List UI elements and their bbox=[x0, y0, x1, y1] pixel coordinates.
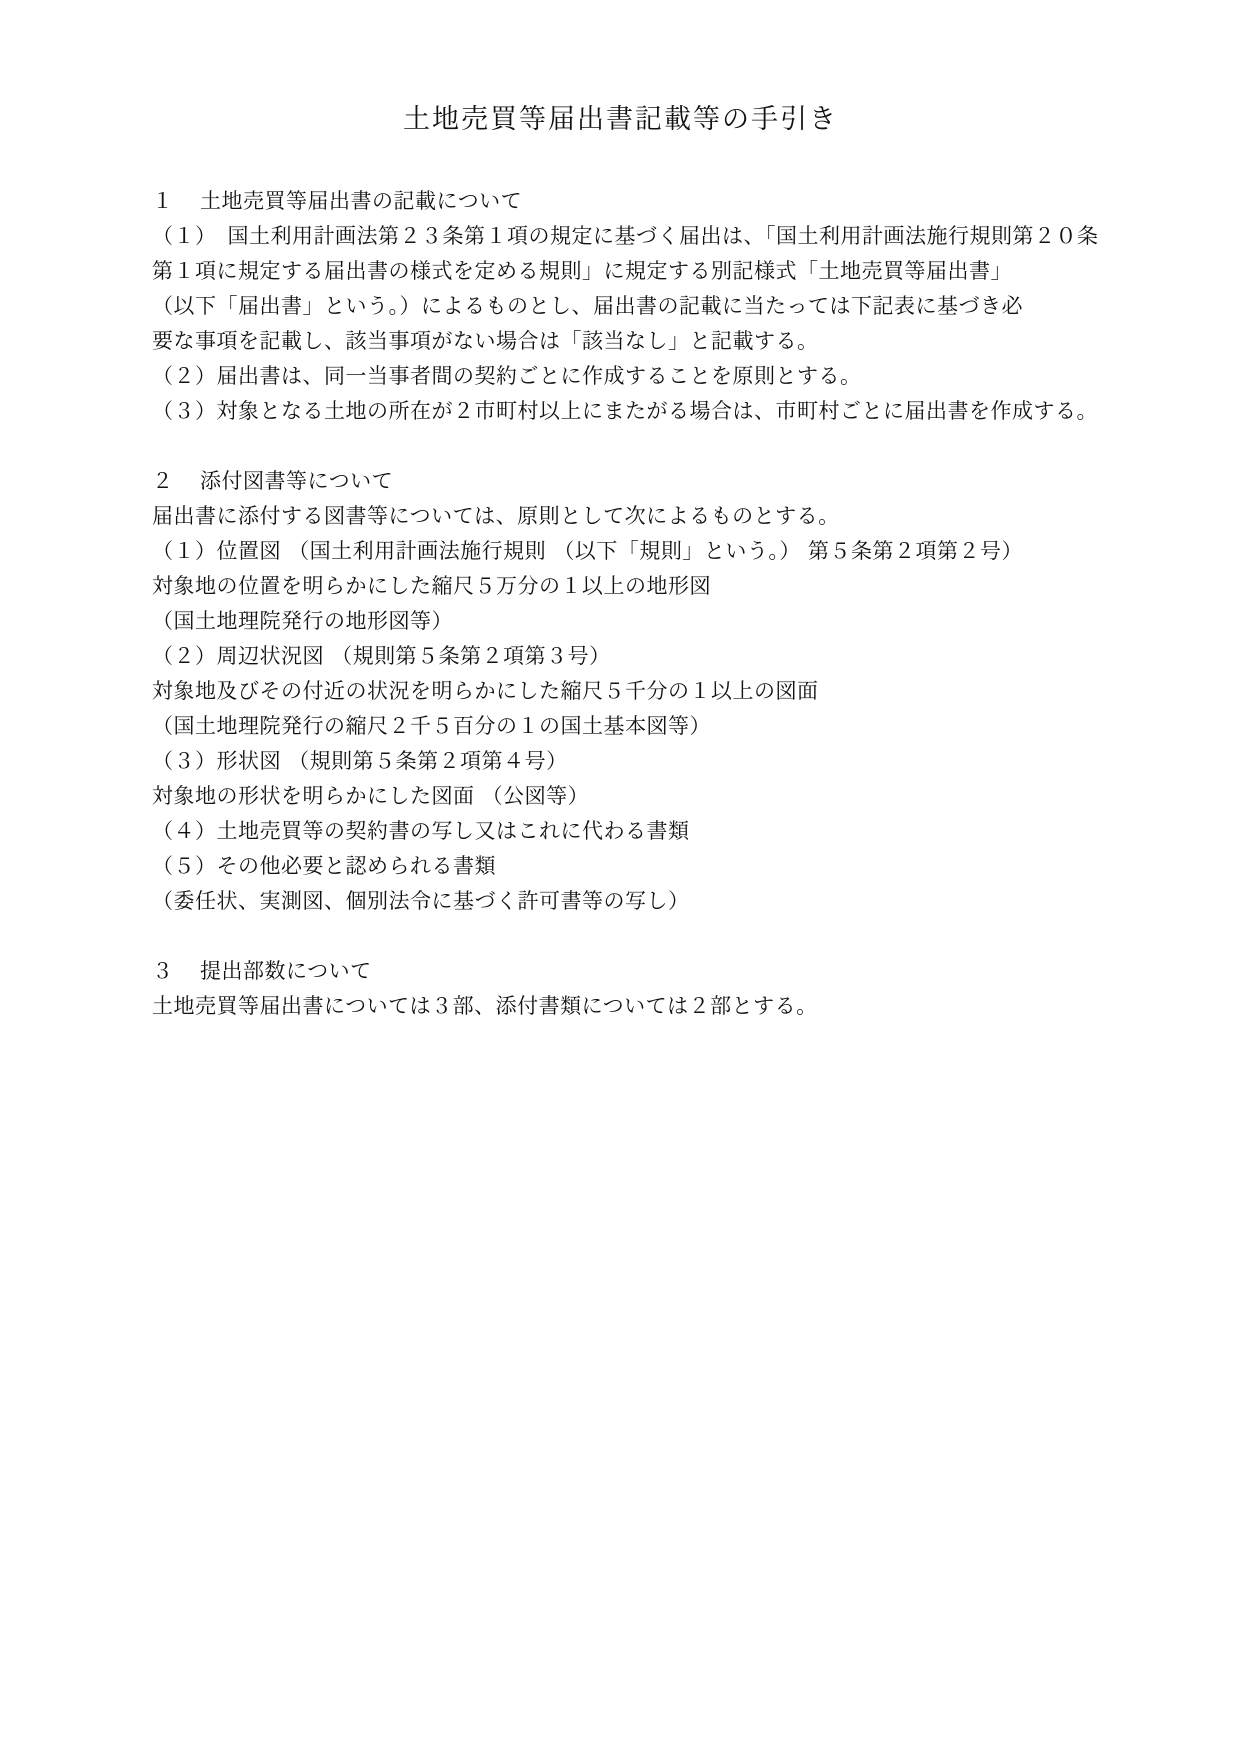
section-number: １ bbox=[152, 184, 200, 219]
section-number: ３ bbox=[152, 954, 200, 989]
section-heading: １ 土地売買等届出書の記載について bbox=[152, 184, 1161, 219]
text-line: （５）その他必要と認められる書類 bbox=[152, 849, 1161, 884]
text-line: （国土地理院発行の縮尺２千５百分の１の国土基本図等） bbox=[152, 709, 1161, 744]
text-line: 要な事項を記載し、該当事項がない場合は「該当なし」と記載する。 bbox=[152, 324, 1161, 359]
text-line: 土地売買等届出書については３部、添付書類については２部とする。 bbox=[152, 989, 1161, 1024]
section-heading-text: 土地売買等届出書の記載について bbox=[200, 184, 522, 219]
text-line: （１） 国土利用計画法第２３条第１項の規定に基づく届出は、「国土利用計画法施行規… bbox=[152, 219, 1161, 254]
section-1: １ 土地売買等届出書の記載について （１） 国土利用計画法第２３条第１項の規定に… bbox=[152, 184, 1161, 429]
text-line: （３）対象となる土地の所在が２市町村以上にまたがる場合は、市町村ごとに届出書を作… bbox=[152, 394, 1161, 429]
text-line: （１）位置図 （国土利用計画法施行規則 （以下「規則」という。） 第５条第２項第… bbox=[152, 534, 1161, 569]
section-3: ３ 提出部数について 土地売買等届出書については３部、添付書類については２部とす… bbox=[152, 954, 1161, 1024]
section-heading: ３ 提出部数について bbox=[152, 954, 1161, 989]
section-heading-text: 添付図書等について bbox=[200, 464, 393, 499]
text-line: 対象地の形状を明らかにした図面 （公図等） bbox=[152, 779, 1161, 814]
text-line: （３）形状図 （規則第５条第２項第４号） bbox=[152, 744, 1161, 779]
text-line: 対象地及びその付近の状況を明らかにした縮尺５千分の１以上の図面 bbox=[152, 674, 1161, 709]
text-line: （２）周辺状況図 （規則第５条第２項第３号） bbox=[152, 639, 1161, 674]
document-page: 土地売買等届出書記載等の手引き １ 土地売買等届出書の記載について （１） 国土… bbox=[0, 0, 1241, 1754]
section-number: ２ bbox=[152, 464, 200, 499]
text-line: （国土地理院発行の地形図等） bbox=[152, 604, 1161, 639]
page-title: 土地売買等届出書記載等の手引き bbox=[0, 0, 1241, 140]
document-body: １ 土地売買等届出書の記載について （１） 国土利用計画法第２３条第１項の規定に… bbox=[152, 184, 1161, 1024]
section-heading: ２ 添付図書等について bbox=[152, 464, 1161, 499]
section-heading-text: 提出部数について bbox=[200, 954, 372, 989]
section-2: ２ 添付図書等について 届出書に添付する図書等については、原則として次によるもの… bbox=[152, 464, 1161, 919]
text-line: 対象地の位置を明らかにした縮尺５万分の１以上の地形図 bbox=[152, 569, 1161, 604]
text-line: （以下「届出書」という。）によるものとし、届出書の記載に当たっては下記表に基づき… bbox=[152, 289, 1161, 324]
text-line: 第１項に規定する届出書の様式を定める規則」に規定する別記様式「土地売買等届出書」 bbox=[152, 254, 1161, 289]
text-line: 届出書に添付する図書等については、原則として次によるものとする。 bbox=[152, 499, 1161, 534]
text-line: （４）土地売買等の契約書の写し又はこれに代わる書類 bbox=[152, 814, 1161, 849]
text-line: （２）届出書は、同一当事者間の契約ごとに作成することを原則とする。 bbox=[152, 359, 1161, 394]
text-line: （委任状、実測図、個別法令に基づく許可書等の写し） bbox=[152, 884, 1161, 919]
